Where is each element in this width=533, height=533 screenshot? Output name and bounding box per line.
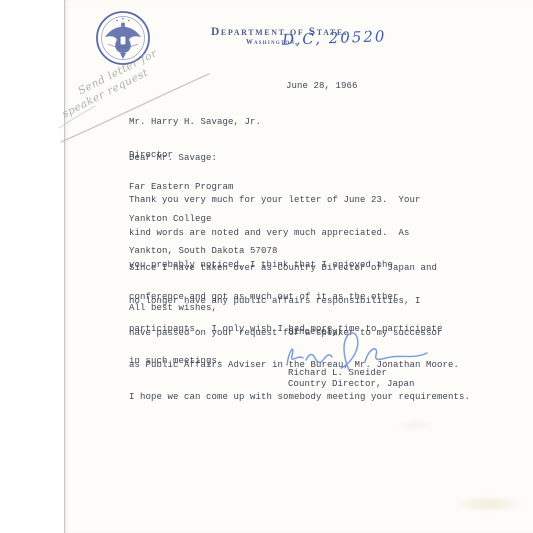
paragraph-line: Thank you very much for your letter of J… xyxy=(129,195,443,206)
paragraph-line: I hope we can come up with somebody meet… xyxy=(129,392,470,403)
scanned-letter-background: Department of State. Washington, D,C, 20… xyxy=(0,0,533,533)
scan-smudge xyxy=(453,496,525,512)
signer-title: Country Director, Japan xyxy=(288,379,415,390)
paragraph-line: Since I have taken over as Country Direc… xyxy=(129,263,470,274)
farewell-line: All best wishes, xyxy=(129,303,217,314)
salutation: Dear Mr. Savage: xyxy=(129,153,217,164)
letterhead-handwritten-zip: D,C, 20520 xyxy=(282,27,387,49)
letter-date: June 28, 1966 xyxy=(286,81,358,92)
paragraph-line: kind words are noted and very much appre… xyxy=(129,228,443,239)
signer-name: Richard L. Sneider xyxy=(288,368,387,379)
signature-scrawl-icon xyxy=(275,324,433,374)
recipient-name: Mr. Harry H. Savage, Jr. xyxy=(129,117,278,128)
letter-paper: Department of State. Washington, D,C, 20… xyxy=(64,0,533,533)
